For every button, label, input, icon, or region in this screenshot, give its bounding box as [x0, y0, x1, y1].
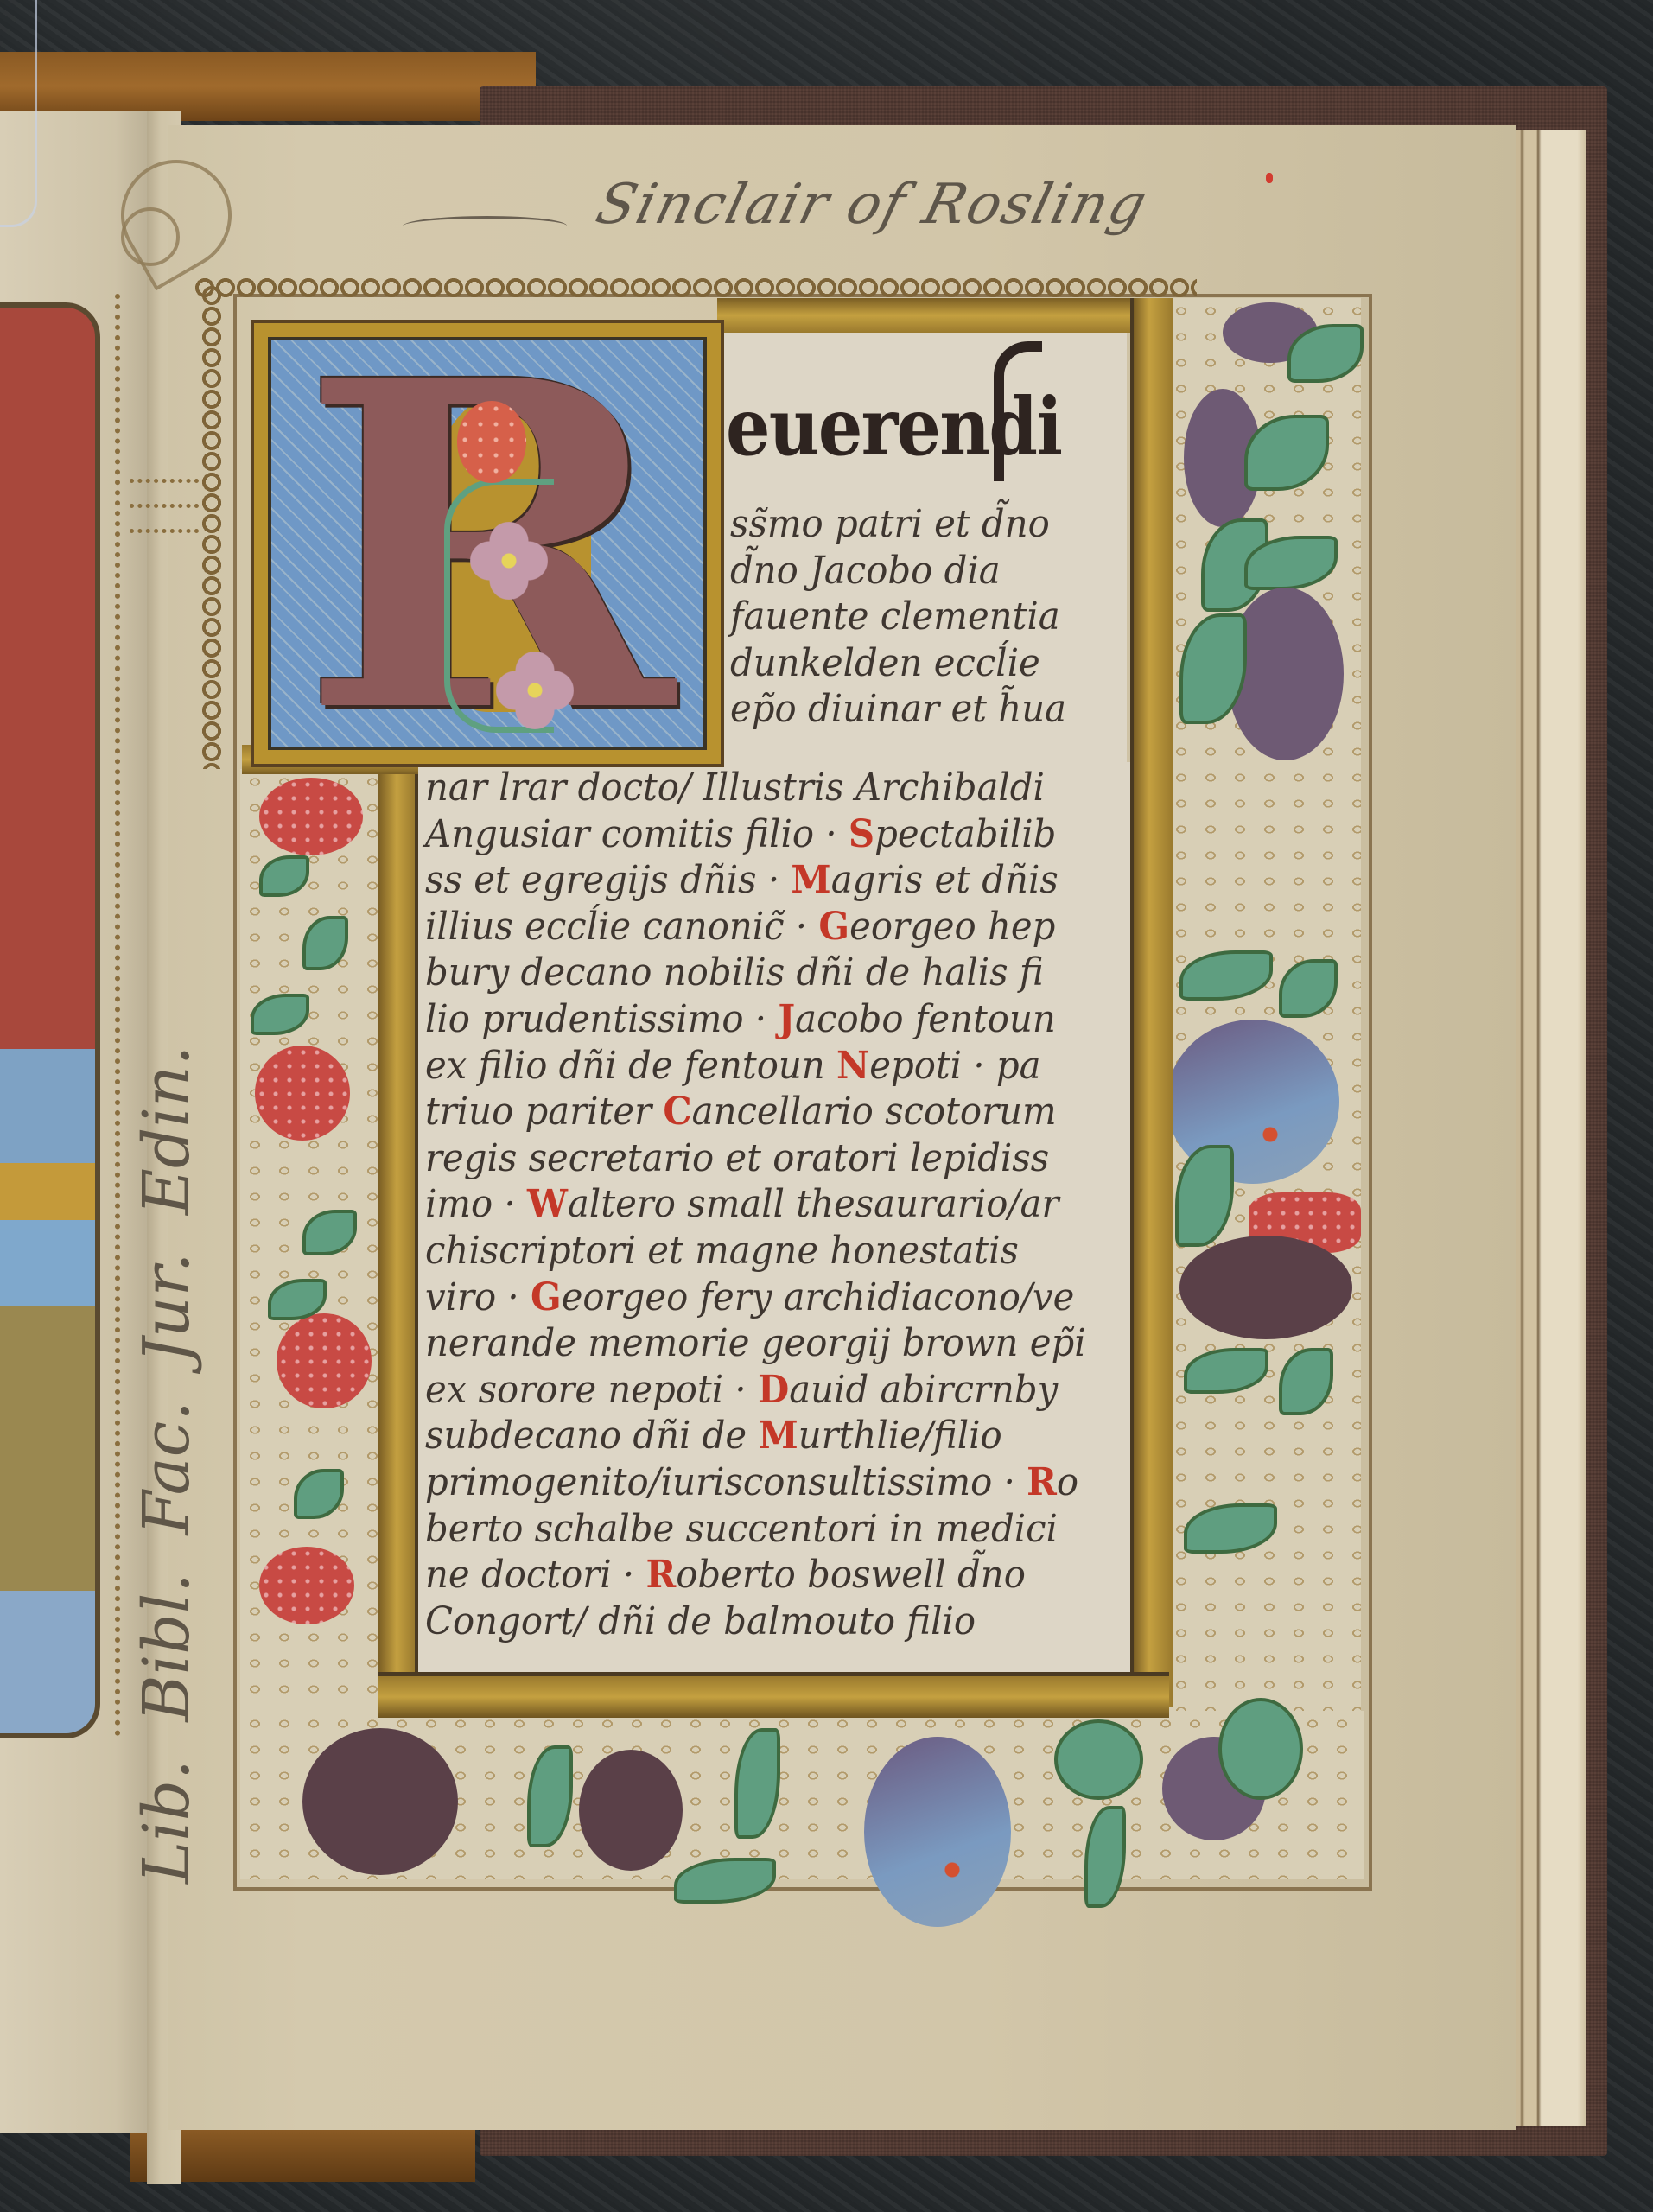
dark-flower-icon	[579, 1750, 683, 1871]
initial-blue-ground: R	[268, 337, 707, 750]
text-line: nar lrar docto/ Illustris Archibaldi	[425, 765, 1086, 811]
text-segment: o	[1057, 1460, 1078, 1504]
historiated-initial: R	[251, 320, 724, 767]
text-line: triuo pariter Cancellario scotorum	[425, 1089, 1086, 1135]
text-segment: Congort/ dñi de balmouto filio	[425, 1599, 976, 1643]
gold-frame-top	[717, 298, 1167, 333]
rubricated-capital: C	[663, 1090, 691, 1134]
flower-icon	[470, 522, 548, 600]
text-segment: berto schalbe succentori in medici	[425, 1507, 1058, 1551]
text-segment: agris et dñis	[831, 858, 1059, 902]
thistle-bud-icon	[1218, 1698, 1303, 1800]
text-segment: ex sorore nepoti ·	[425, 1368, 758, 1412]
strawberry-icon	[259, 1547, 354, 1624]
text-line: ep̃o diuinar et h̃ua	[730, 686, 1066, 733]
shelfmark: Lib. Bibl. Fac. Jur. Edin.	[130, 1046, 204, 1884]
text-line: dunkelden eccĺie	[730, 640, 1066, 687]
text-line: viro · Georgeo fery archidiacono/ve	[425, 1274, 1086, 1321]
rubricated-capital: G	[818, 905, 849, 949]
strawberry-icon	[277, 1313, 372, 1408]
text-segment: lio prudentissimo ·	[425, 997, 778, 1041]
text-line: ex filio dñi de fentoun Nepoti · pa	[425, 1043, 1086, 1090]
text-line: ne doctori · Roberto boswell d̃no	[425, 1552, 1086, 1599]
text-segment: oberto boswell d̃no	[676, 1553, 1026, 1597]
text-line: subdecano dñi de Murthlie/filio	[425, 1413, 1086, 1459]
rubricated-capital: W	[527, 1182, 568, 1226]
chain-border-left	[197, 285, 226, 769]
violet-flower-icon	[1179, 1236, 1352, 1339]
text-line: lio prudentissimo · Jacobo fentoun	[425, 996, 1086, 1043]
text-segment: viro ·	[425, 1275, 531, 1319]
rubricated-capital: S	[849, 812, 874, 856]
text-line: primogenito/iurisconsultissimo · Ro	[425, 1459, 1086, 1506]
text-segment: bury decano nobilis dñi de halis fi	[425, 950, 1044, 995]
rubricated-capital: J	[778, 997, 795, 1041]
pea-pod-icon	[1054, 1719, 1143, 1800]
text-line: ss et egregijs dñis · Magris et dñis	[425, 857, 1086, 904]
text-segment: chiscriptori et magne honestatis	[425, 1229, 1019, 1273]
strawberry-icon	[255, 1046, 350, 1141]
pansy-icon	[864, 1737, 1011, 1927]
text-segment: ss et egregijs dñis ·	[425, 858, 791, 902]
text-line: illius eccĺie canonic̃ · Georgeo hep	[425, 904, 1086, 950]
pen-marks	[130, 458, 199, 570]
text-block-main: nar lrar docto/ Illustris ArchibaldiAngu…	[425, 765, 1121, 1644]
signature-text: Sinclair of Rosling	[590, 173, 1154, 237]
text-segment: eorgeo hep	[849, 905, 1055, 949]
text-segment: urthlie/filio	[798, 1414, 1002, 1458]
text-segment: regis secretario et oratori lepidiss	[425, 1136, 1049, 1180]
text-line: ex sorore nepoti · Dauid abircrnby	[425, 1367, 1086, 1414]
verso-chain-border	[99, 294, 120, 1737]
top-signature: Sinclair of Rosling	[397, 173, 1211, 251]
rubricated-capital: G	[531, 1275, 562, 1319]
text-segment: Angusiar comitis filio ·	[425, 812, 849, 856]
text-line: Angusiar comitis filio · Spectabilib	[425, 811, 1086, 858]
text-line: imo · Waltero small thesaurario/ar	[425, 1181, 1086, 1228]
incipit: euerendi	[726, 380, 1061, 474]
gold-frame-bottom	[378, 1672, 1169, 1718]
rubricated-capital: M	[758, 1414, 798, 1458]
text-line: ss̃mo patri et d̃no	[730, 501, 1066, 548]
text-line: berto schalbe succentori in medici	[425, 1506, 1086, 1553]
dark-flower-icon	[302, 1728, 458, 1875]
text-segment: acobo fentoun	[795, 997, 1056, 1041]
text-segment: primogenito/iurisconsultissimo ·	[425, 1460, 1027, 1504]
pen-flourish-loop	[121, 207, 180, 266]
text-segment: eorgeo fery archidiacono/ve	[562, 1275, 1075, 1319]
flower-icon	[496, 652, 574, 729]
verso-miniature-fragment	[0, 302, 100, 1738]
text-segment: illius eccĺie canonic̃ ·	[425, 905, 818, 949]
text-segment: pectabilib	[874, 812, 1056, 856]
text-segment: altero small thesaurario/ar	[568, 1182, 1059, 1226]
text-line: Congort/ dñi de balmouto filio	[425, 1599, 1086, 1645]
gold-frame-right	[1130, 298, 1173, 1707]
text-segment: nar lrar docto	[425, 766, 679, 810]
rubricated-capital: M	[791, 858, 830, 902]
text-segment: epoti · pa	[869, 1044, 1040, 1088]
text-segment: ex filio dñi de fentoun	[425, 1044, 836, 1088]
red-ink-spot	[1266, 173, 1273, 183]
clear-strap	[0, 0, 37, 227]
text-block-top: ss̃mo patri et d̃no d̃no Jacobo dia faue…	[730, 501, 1084, 733]
rubricated-capital: R	[645, 1553, 676, 1597]
signature-flourish	[400, 216, 569, 236]
text-segment: imo ·	[425, 1182, 527, 1226]
text-line: regis secretario et oratori lepidiss	[425, 1135, 1086, 1182]
text-segment: ne doctori ·	[425, 1553, 645, 1597]
gold-frame-left	[378, 760, 418, 1711]
left-book-board-bottom	[130, 2130, 475, 2182]
text-segment: triuo pariter	[425, 1090, 663, 1134]
strawberry-icon	[457, 401, 526, 483]
text-segment: / Illustris Archibaldi	[679, 766, 1045, 810]
rubricated-capital: R	[1027, 1460, 1057, 1504]
text-segment: ancellario scotorum	[692, 1090, 1057, 1134]
text-line: chiscriptori et magne honestatis	[425, 1228, 1086, 1274]
text-segment: subdecano dñi de	[425, 1414, 758, 1458]
text-line: fauente clementia	[730, 594, 1066, 640]
text-line: nerande memorie georgij brown ep̃i	[425, 1320, 1086, 1367]
text-segment: auid abircrnby	[789, 1368, 1058, 1412]
text-line: d̃no Jacobo dia	[730, 548, 1066, 594]
text-line: bury decano nobilis dñi de halis fi	[425, 950, 1086, 996]
text-segment: nerande memorie georgij brown ep̃i	[425, 1321, 1086, 1365]
rubricated-capital: D	[758, 1368, 789, 1412]
rubricated-capital: N	[836, 1044, 869, 1088]
